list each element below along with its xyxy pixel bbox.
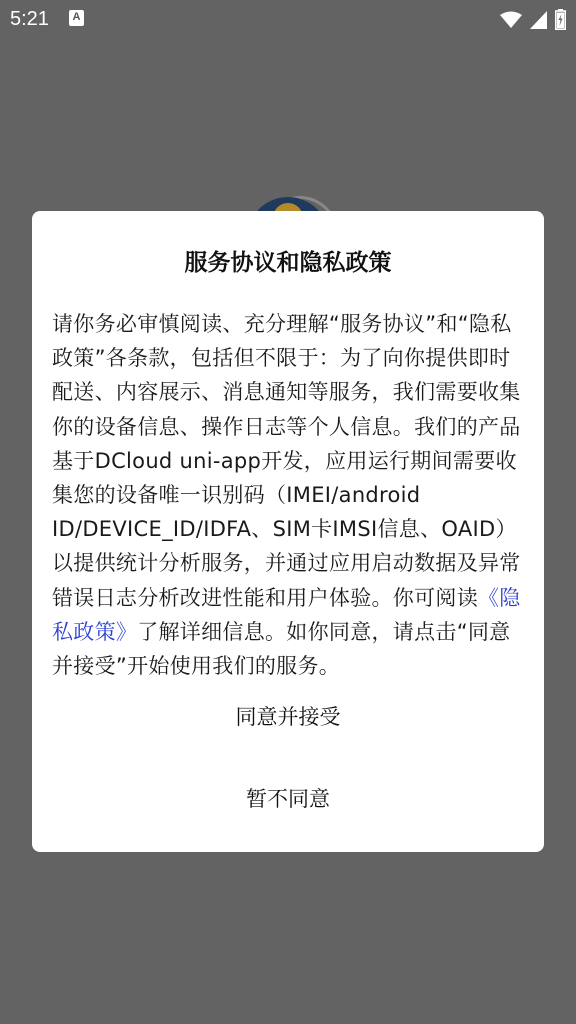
battery-charging-icon [555,9,566,30]
dialog-title: 服务协议和隐私政策 [32,244,544,277]
decline-button[interactable]: 暂不同意 [32,783,544,813]
accept-button[interactable]: 同意并接受 [32,701,544,731]
status-icons [500,9,566,30]
body-text: 请你务必审慎阅读、充分理解“服务协议”和“隐私政策”各条款，包括但不限于：为了向… [52,312,521,610]
status-time: 5:21 [10,8,49,31]
dialog-body: 请你务必审慎阅读、充分理解“服务协议”和“隐私政策”各条款，包括但不限于：为了向… [52,307,526,683]
status-bar: 5:21 A [0,0,576,40]
notification-app-icon: A [69,10,84,26]
wifi-icon [500,11,522,29]
privacy-dialog: 服务协议和隐私政策 请你务必审慎阅读、充分理解“服务协议”和“隐私政策”各条款，… [32,211,544,852]
signal-icon [530,11,547,29]
